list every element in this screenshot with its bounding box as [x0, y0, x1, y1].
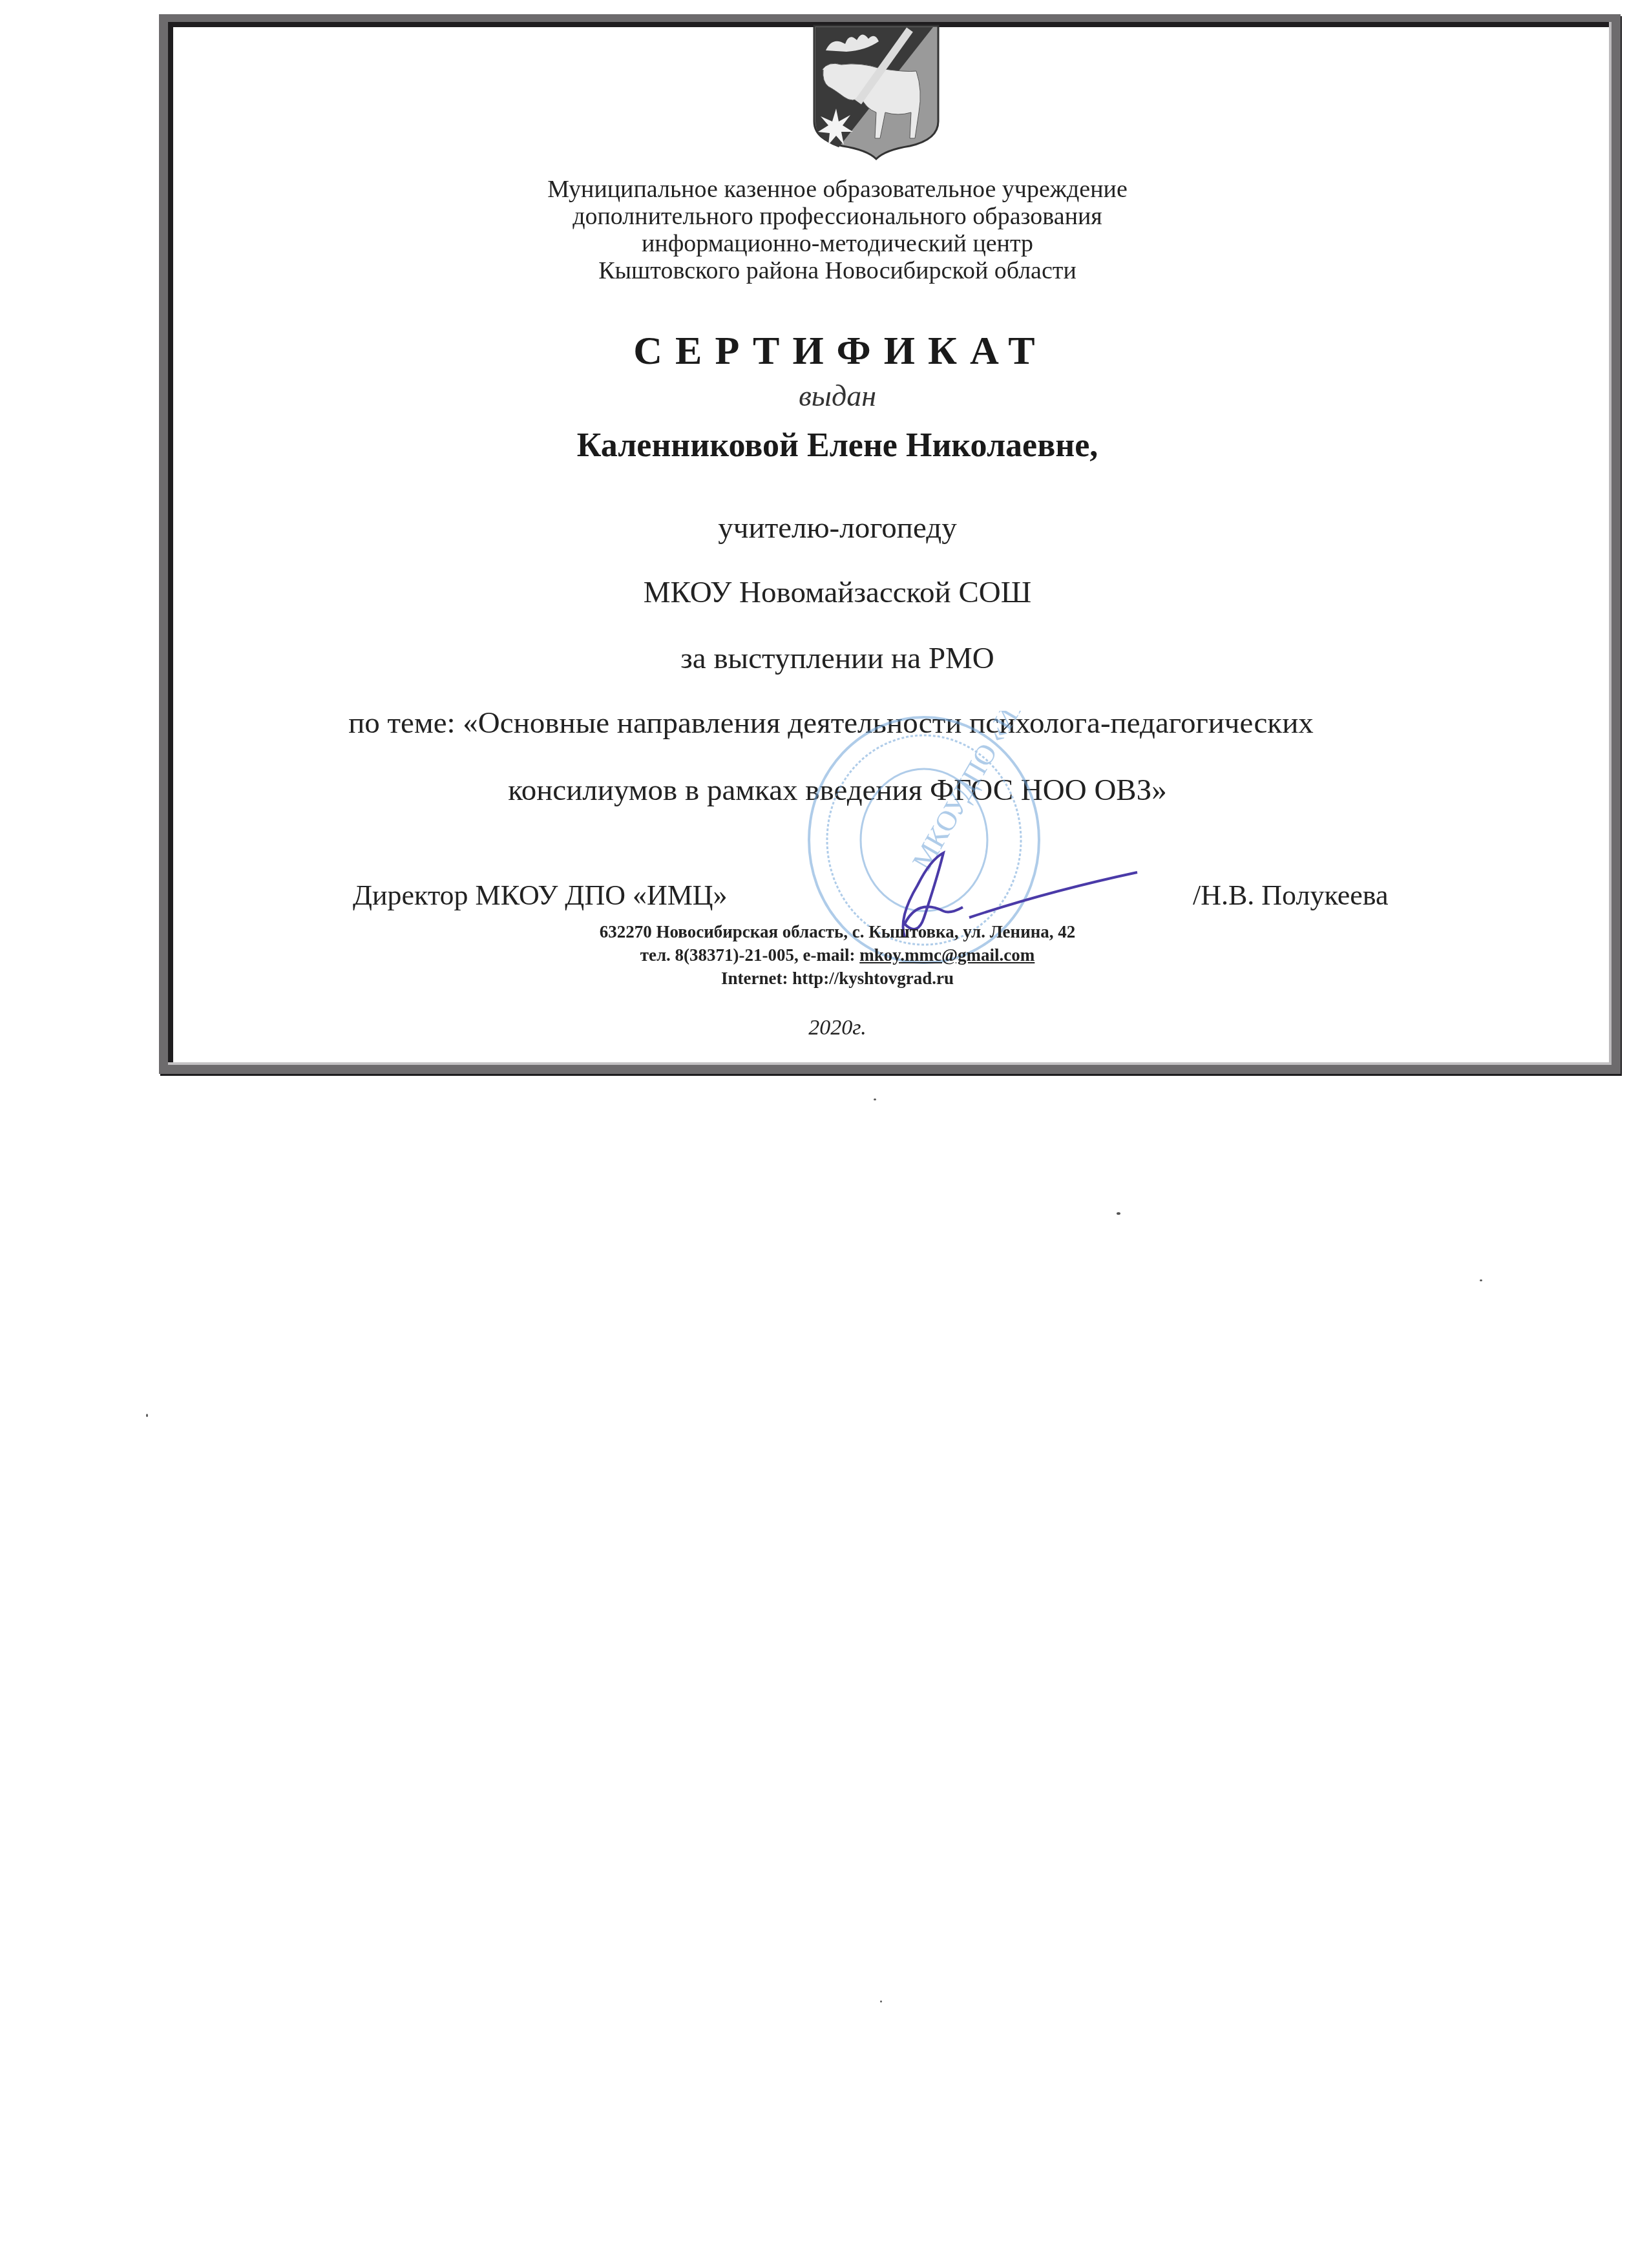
institution-line: информационно-методический центр [13, 230, 1649, 257]
phone: тел. 8(38371)-21-005, e-mail: [640, 945, 860, 965]
scan-speck [146, 1414, 148, 1417]
scan-speck [880, 2000, 882, 2002]
scan-speck [874, 1098, 876, 1100]
signer-name: /Н.В. Полукеева [1193, 879, 1389, 912]
institution-line: Кыштовского района Новосибирской области [13, 257, 1649, 284]
institution-header: Муниципальное казенное образовательное у… [13, 176, 1649, 284]
recipient-name: Каленниковой Елене Николаевне, [13, 426, 1649, 465]
recipient-organization: МКОУ Новомайзасской СОШ [13, 575, 1649, 610]
scan-speck [1117, 1212, 1120, 1215]
moose-coat-of-arms-icon [813, 25, 940, 160]
phone-email: тел. 8(38371)-21-005, e-mail: mkoy.mmc@g… [13, 943, 1649, 967]
director-label: Директор МКОУ ДПО «ИМЦ» [353, 879, 728, 912]
award-reason: за выступлении на РМО [13, 641, 1649, 676]
certificate-title: СЕРТИФИКАТ [16, 328, 1649, 374]
recipient-position: учителю-логопеду [13, 510, 1649, 545]
website[interactable]: Internet: http://kyshtovgrad.ru [13, 967, 1649, 990]
issued-label: выдан [13, 379, 1649, 413]
institution-line: Муниципальное казенное образовательное у… [13, 176, 1649, 203]
institution-line: дополнительного профессионального образо… [13, 203, 1649, 230]
address: 632270 Новосибирская область, с. Кыштовк… [13, 920, 1649, 943]
email-link[interactable]: mkoy.mmc@gmail.com [859, 945, 1035, 965]
issue-year: 2020г. [13, 1016, 1649, 1040]
scan-speck [1480, 1279, 1482, 1281]
